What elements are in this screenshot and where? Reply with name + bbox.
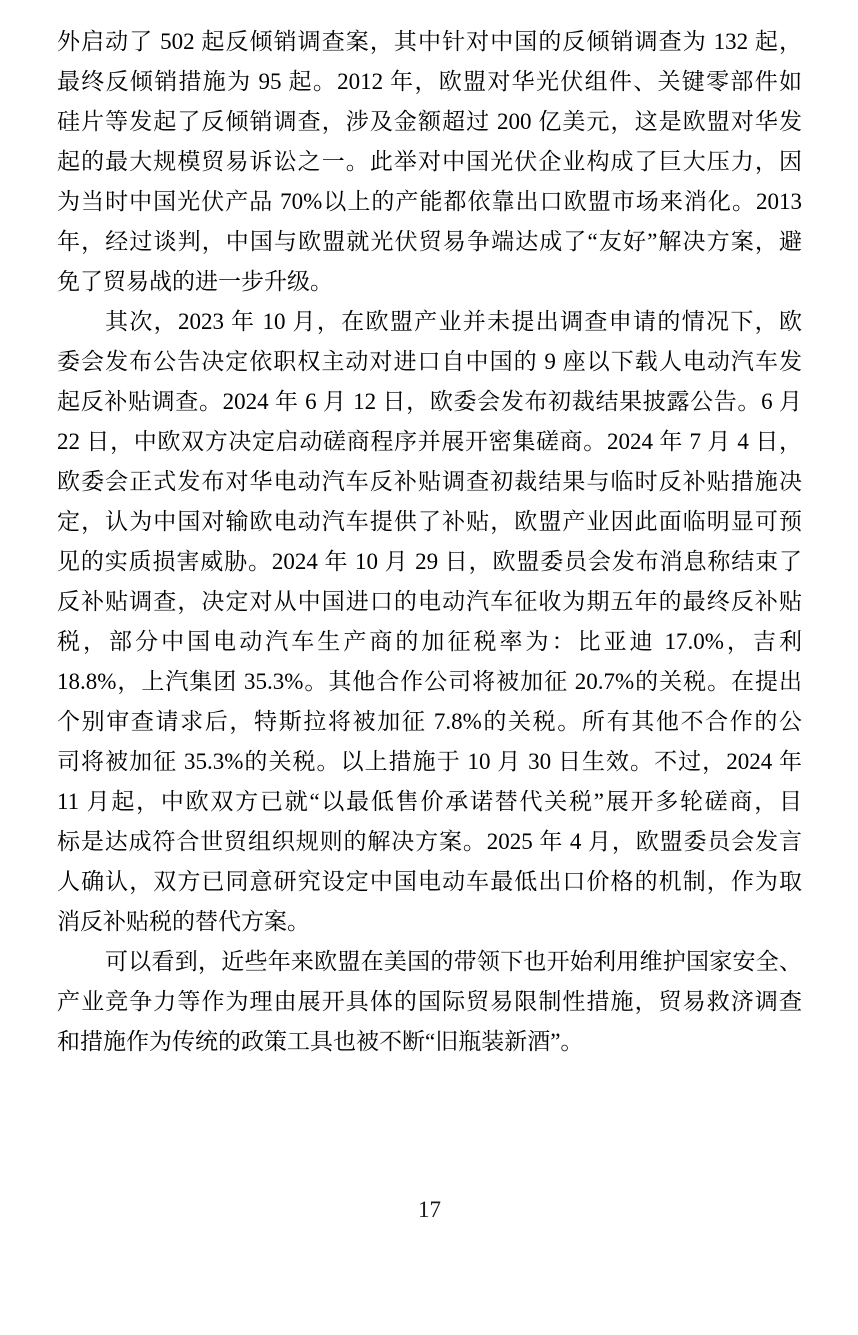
text-line: 欧委会正式发布对华电动汽车反补贴调查初裁结果与临时反补贴措施决 <box>57 462 802 502</box>
paragraph: 其次，2023 年 10 月，在欧盟产业并未提出调查申请的情况下，欧 委会发布公… <box>57 302 802 942</box>
text-line: 人确认，双方已同意研究设定中国电动车最低出口价格的机制，作为取 <box>57 862 802 902</box>
text-line: 个别审查请求后，特斯拉将被加征 7.8%的关税。所有其他不合作的公 <box>57 702 802 742</box>
text-line: 标是达成符合世贸组织规则的解决方案。2025 年 4 月，欧盟委员会发言 <box>57 822 802 862</box>
paragraph: 外启动了 502 起反倾销调查案，其中针对中国的反倾销调查为 132 起， 最终… <box>57 22 802 302</box>
document-page: 外启动了 502 起反倾销调查案，其中针对中国的反倾销调查为 132 起， 最终… <box>0 0 858 1335</box>
text-line: 其次，2023 年 10 月，在欧盟产业并未提出调查申请的情况下，欧 <box>57 302 802 342</box>
text-line: 司将被加征 35.3%的关税。以上措施于 10 月 30 日生效。不过，2024… <box>57 742 802 782</box>
text-line: 起的最大规模贸易诉讼之一。此举对中国光伏企业构成了巨大压力，因 <box>57 142 802 182</box>
text-line: 见的实质损害威胁。2024 年 10 月 29 日，欧盟委员会发布消息称结束了 <box>57 542 802 582</box>
text-line: 税，部分中国电动汽车生产商的加征税率为：比亚迪 17.0%，吉利 <box>57 622 802 662</box>
text-line: 反补贴调查，决定对从中国进口的电动汽车征收为期五年的最终反补贴 <box>57 582 802 622</box>
text-line: 为当时中国光伏产品 70%以上的产能都依靠出口欧盟市场来消化。2013 <box>57 182 802 222</box>
text-line: 硅片等发起了反倾销调查，涉及金额超过 200 亿美元，这是欧盟对华发 <box>57 102 802 142</box>
text-line: 11 月起，中欧双方已就“以最低售价承诺替代关税”展开多轮磋商，目 <box>57 782 802 822</box>
text-line: 18.8%，上汽集团 35.3%。其他合作公司将被加征 20.7%的关税。在提出 <box>57 662 802 702</box>
text-line: 可以看到，近些年来欧盟在美国的带领下也开始利用维护国家安全、 <box>57 942 802 982</box>
paragraph: 可以看到，近些年来欧盟在美国的带领下也开始利用维护国家安全、 产业竞争力等作为理… <box>57 942 802 1062</box>
text-line: 消反补贴税的替代方案。 <box>57 902 802 942</box>
document-body: 外启动了 502 起反倾销调查案，其中针对中国的反倾销调查为 132 起， 最终… <box>57 22 802 1062</box>
text-line: 委会发布公告决定依职权主动对进口自中国的 9 座以下载人电动汽车发 <box>57 342 802 382</box>
text-line: 和措施作为传统的政策工具也被不断“旧瓶装新酒”。 <box>57 1022 802 1062</box>
text-line: 最终反倾销措施为 95 起。2012 年，欧盟对华光伏组件、关键零部件如 <box>57 62 802 102</box>
text-line: 外启动了 502 起反倾销调查案，其中针对中国的反倾销调查为 132 起， <box>57 22 802 62</box>
text-line: 产业竞争力等作为理由展开具体的国际贸易限制性措施，贸易救济调查 <box>57 982 802 1022</box>
text-line: 免了贸易战的进一步升级。 <box>57 262 802 302</box>
text-line: 定，认为中国对输欧电动汽车提供了补贴，欧盟产业因此面临明显可预 <box>57 502 802 542</box>
text-line: 22 日，中欧双方决定启动磋商程序并展开密集磋商。2024 年 7 月 4 日， <box>57 422 802 462</box>
text-line: 起反补贴调查。2024 年 6 月 12 日，欧委会发布初裁结果披露公告。6 月 <box>57 382 802 422</box>
page-number: 17 <box>57 1194 802 1226</box>
text-line: 年，经过谈判，中国与欧盟就光伏贸易争端达成了“友好”解决方案，避 <box>57 222 802 262</box>
